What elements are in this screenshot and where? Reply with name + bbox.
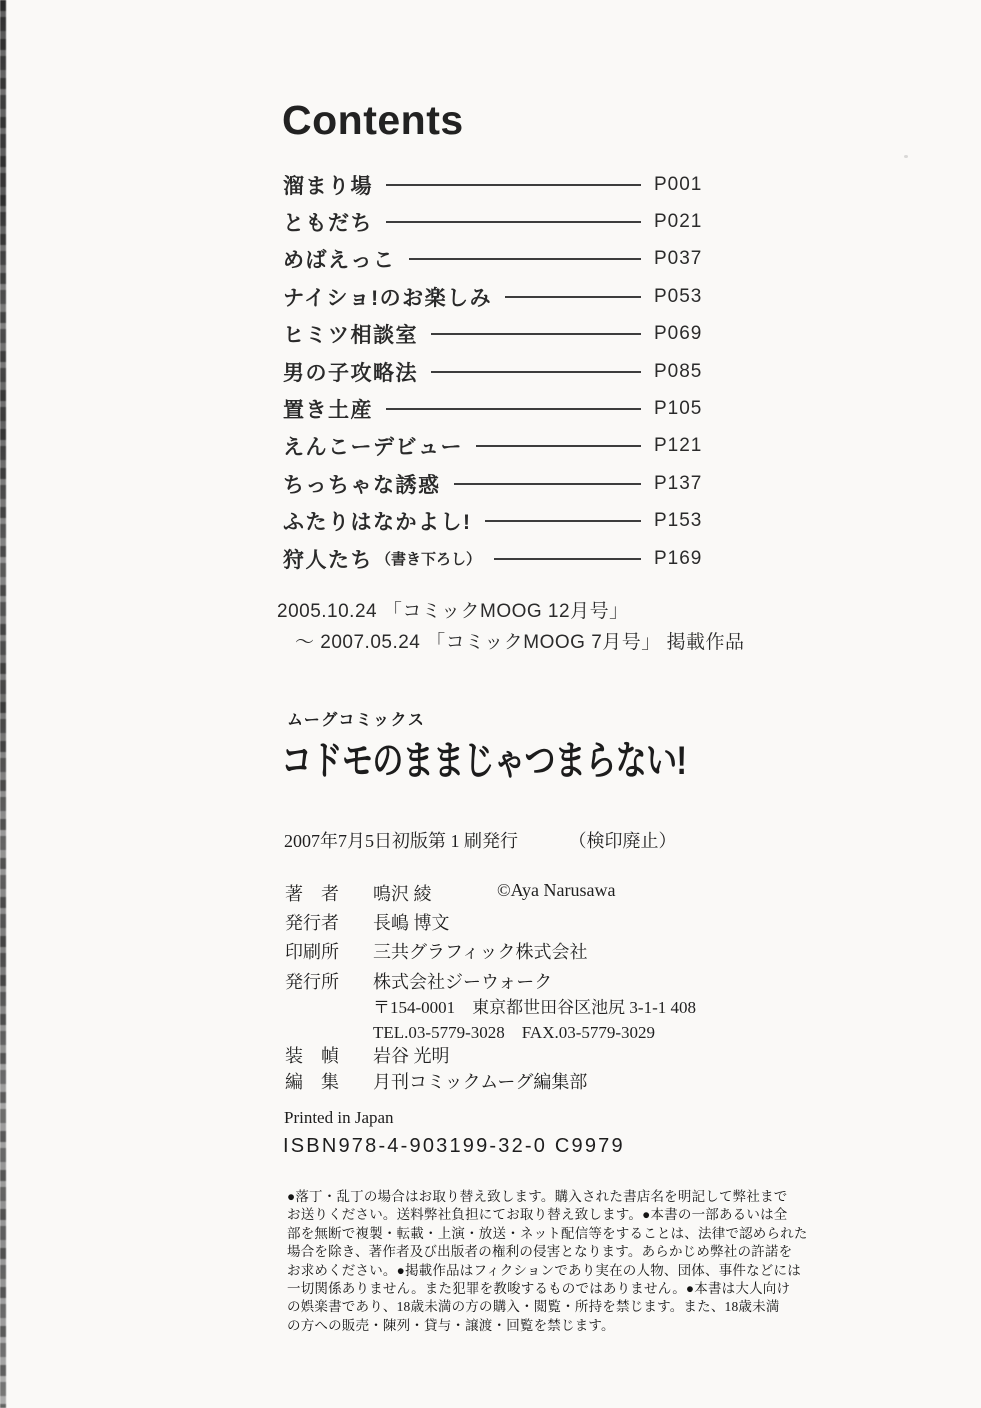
legal-line: お送りください。送料弊社負担にてお取り替え致します。●本書の一部あるいは全 [287,1206,743,1224]
colophon-value: 岩谷 光明 [373,1042,450,1068]
colophon-label: 発行者 [285,909,373,938]
colophon-label: 編 集 [285,1068,373,1094]
toc-leader-line [505,296,641,298]
colophon-row-author: 著 者 鳴沢 綾 ©Aya Narusawa [285,880,696,909]
edition-line: 2007年7月5日初版第 1 刷発行 （検印廃止） [284,827,677,853]
colophon: 著 者 鳴沢 綾 ©Aya Narusawa 発行者 長嶋 博文 印刷所 三共グ… [285,880,696,1094]
toc-entry-title: 男の子攻略法 [283,357,418,387]
colophon-row-editor: 編 集 月刊コミックムーグ編集部 [285,1068,696,1094]
colophon-row-publisher-person: 発行者 長嶋 博文 [285,909,696,938]
colophon-value: 株式会社ジーウォーク [373,968,552,993]
toc-leader-line [494,558,641,560]
toc-entry: ナイショ!のお楽しみ P053 [283,278,710,315]
contents-heading: Contents [282,97,464,144]
serialization-line-2: ～ 2007.05.24 「コミックMOOG 7月号」 掲載作品 [295,627,745,658]
toc-leader-line [386,184,641,186]
serialization-note: 2005.10.24 「コミックMOOG 12月号」 ～ 2007.05.24 … [277,596,745,658]
colophon-value: 月刊コミックムーグ編集部 [373,1068,587,1094]
toc-entry-page: P021 [654,211,710,233]
toc-entry-title: 狩人たち [283,544,373,574]
colophon-value: 長嶋 博文 [373,909,450,938]
legal-line: 部を無断で複製・転載・上演・放送・ネット配信等をすることは、法律で認められた [287,1225,743,1243]
toc-entry-title: ちっちゃな誘惑 [283,469,441,499]
toc-entry-title: えんこーデビュー [283,431,463,461]
colophon-label: 装 幀 [285,1042,373,1068]
colophon-row-designer: 装 幀 岩谷 光明 [285,1042,696,1068]
scan-speck [904,155,908,158]
toc-leader-line [409,258,642,260]
colophon-label: 印刷所 [285,938,373,967]
scanned-book-page: Contents 溜まり場 P001 ともだち P021 めばえっこ P037 … [0,0,981,1408]
toc-entry: めばえっこ P037 [283,241,710,278]
toc-entry-page: P169 [654,548,710,570]
legal-line: お求めください。●掲載作品はフィクションであり実在の人物、団体、事件などには [287,1262,743,1280]
book-title-logo: コドモのままじゃつまらない! [281,729,686,786]
toc-entry-page: P037 [654,248,710,270]
toc-leader-line [476,445,641,447]
colophon-label: 発行所 [285,968,373,993]
legal-line: の方への販売・陳列・貸与・譲渡・回覧を禁じます。 [287,1317,743,1335]
toc-leader-line [431,371,641,373]
toc-leader-line [454,483,642,485]
toc-entry: ヒミツ相談室 P069 [283,316,710,353]
colophon-label: 著 者 [285,880,373,909]
toc-leader-line [485,520,642,522]
toc-entry-page: P137 [654,473,710,495]
toc-entry-title: 置き土産 [283,394,373,424]
toc-entry: ともだち P021 [283,203,710,240]
toc-entry: ちっちゃな誘惑 P137 [283,465,710,502]
publisher-tel-fax: TEL.03-5779-3028 FAX.03-5779-3029 [373,1018,696,1042]
toc-entry-title: めばえっこ [283,244,396,274]
legal-line: 一切関係ありません。また犯罪を教唆するものではありません。●本書は大人向け [287,1280,743,1298]
toc-leader-line [386,221,641,223]
legal-line: ●落丁・乱丁の場合はお取り替え致します。購入された書店名を明記して弊社まで [287,1188,743,1206]
table-of-contents: 溜まり場 P001 ともだち P021 めばえっこ P037 ナイショ!のお楽し… [283,166,710,577]
toc-entry: 男の子攻略法 P085 [283,353,710,390]
legal-notice: ●落丁・乱丁の場合はお取り替え致します。購入された書店名を明記して弊社まで お送… [287,1188,743,1335]
toc-entry-page: P121 [654,435,710,457]
toc-entry-page: P001 [654,174,710,196]
edition-note: （検印廃止） [569,831,677,851]
copyright-credit: ©Aya Narusawa [497,880,615,901]
publisher-address: 〒154-0001 東京都世田谷区池尻 3-1-1 408 [373,993,696,1018]
imprint-label: ムーグコミックス [287,707,425,730]
toc-entry: えんこーデビュー P121 [283,428,710,465]
toc-leader-line [386,408,641,410]
toc-entry: 置き土産 P105 [283,390,710,427]
toc-entry-page: P085 [654,361,710,383]
edition-date: 2007年7月5日初版第 1 刷発行 [284,831,518,851]
toc-entry: 狩人たち （書き下ろし） P169 [283,540,710,577]
isbn-code: ISBN978-4-903199-32-0 C9979 [283,1135,625,1158]
toc-entry-title: ナイショ!のお楽しみ [283,282,492,312]
toc-entry-title: ふたりはなかよし! [283,506,472,536]
toc-entry: 溜まり場 P001 [283,166,710,203]
toc-entry-page: P053 [654,286,710,308]
toc-entry-title: ともだち [283,207,373,237]
legal-line: 場合を除き、著作者及び出版者の権利の侵害となります。あらかじめ弊社の許諾を [287,1243,743,1261]
colophon-value: 三共グラフィック株式会社 [373,938,588,967]
colophon-row-printer: 印刷所 三共グラフィック株式会社 [285,938,696,967]
colophon-row-publishing-house: 発行所 株式会社ジーウォーク [285,968,696,993]
toc-entry-page: P153 [654,510,710,532]
toc-entry-title: ヒミツ相談室 [283,319,418,349]
toc-entry-page: P069 [654,323,710,345]
toc-entry-page: P105 [654,398,710,420]
printed-in-japan: Printed in Japan [284,1108,394,1128]
toc-entry-note: （書き下ろし） [376,548,481,569]
toc-leader-line [431,333,641,335]
toc-entry-title: 溜まり場 [283,170,373,200]
colophon-value: 鳴沢 綾 [373,880,432,909]
scan-edge-artifact [0,0,6,1408]
serialization-line-1: 2005.10.24 「コミックMOOG 12月号」 [277,596,745,627]
legal-line: の娯楽書であり、18歳未満の方の購入・閲覧・所持を禁じます。また、18歳未満 [287,1298,743,1316]
toc-entry: ふたりはなかよし! P153 [283,503,710,540]
